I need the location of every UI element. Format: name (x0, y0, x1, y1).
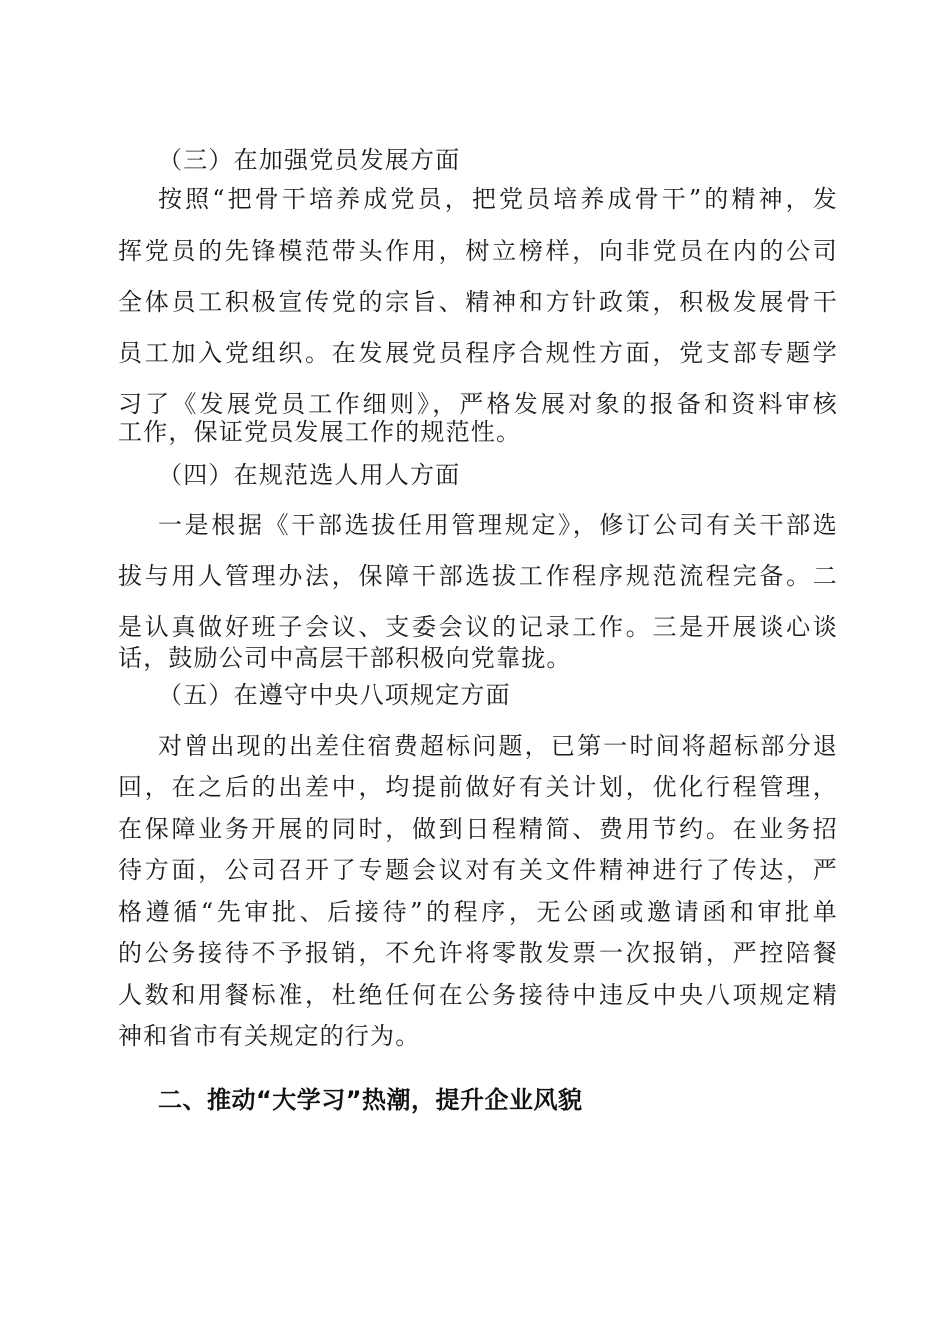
paragraph-line: 按照“把骨干培养成党员，把党员培养成骨干”的精神，发 (158, 180, 838, 219)
paragraph-line: 格遵循“先审批、后接待”的程序，无公函或邀请函和审批单 (118, 893, 838, 932)
paragraph-line: 待方面，公司召开了专题会议对有关文件精神进行了传达，严 (118, 851, 838, 890)
section-heading-3: （三）在加强党员发展方面 (158, 141, 878, 180)
paragraph-line: 的公务接待不予报销，不允许将零散发票一次报销，严控陪餐 (118, 934, 838, 973)
paragraph-line: 人数和用餐标准，杜绝任何在公务接待中违反中央八项规定精 (118, 976, 838, 1015)
paragraph-line: 回，在之后的出差中，均提前做好有关计划，优化行程管理， (118, 768, 838, 807)
main-heading-2: 二、推动“大学习”热潮，提升企业风貌 (158, 1081, 878, 1120)
paragraph-line: 员工加入党组织。在发展党员程序合规性方面，党支部专题学 (118, 334, 838, 373)
paragraph-line: 全体员工积极宣传党的宗旨、精神和方针政策，积极发展骨干 (118, 283, 838, 322)
document-page: （三）在加强党员发展方面 按照“把骨干培养成党员，把党员培养成骨干”的精神，发 … (0, 0, 950, 1344)
section-heading-4: （四）在规范选人用人方面 (158, 456, 878, 495)
paragraph-line: 神和省市有关规定的行为。 (118, 1017, 838, 1056)
paragraph-line: 拔与用人管理办法，保障干部选拔工作程序规范流程完备。二 (118, 557, 838, 596)
section-heading-5: （五）在遵守中央八项规定方面 (158, 676, 878, 715)
paragraph-line: 对曾出现的出差住宿费超标问题，已第一时间将超标部分退 (158, 727, 838, 766)
paragraph-line: 在保障业务开展的同时，做到日程精简、费用节约。在业务招 (118, 810, 838, 849)
paragraph-line: 一是根据《干部选拔任用管理规定》，修订公司有关干部选 (158, 506, 838, 545)
paragraph-line: 话，鼓励公司中高层干部积极向党靠拢。 (118, 639, 838, 678)
paragraph-line: 工作，保证党员发展工作的规范性。 (118, 413, 838, 452)
paragraph-line: 挥党员的先锋模范带头作用，树立榜样，向非党员在内的公司 (118, 232, 838, 271)
